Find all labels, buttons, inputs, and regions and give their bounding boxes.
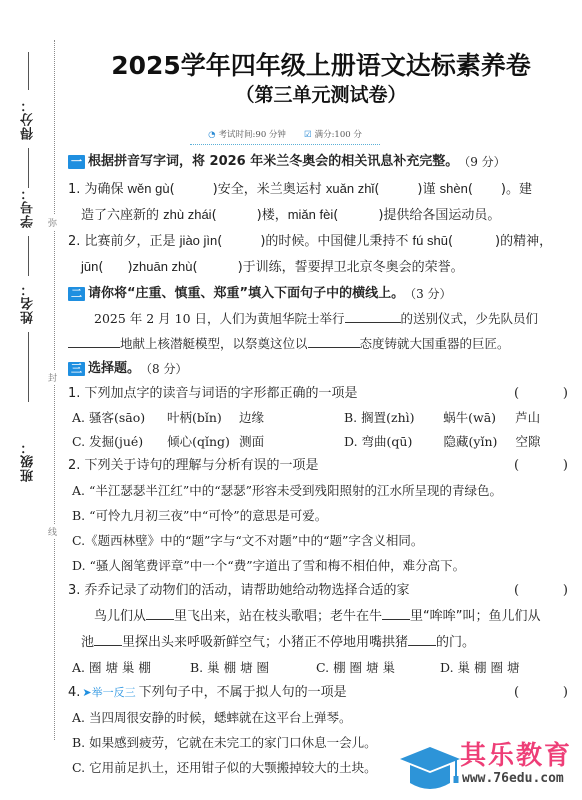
- answer-box[interactable]: (): [514, 580, 574, 602]
- paren: ): [563, 383, 568, 405]
- section-score: （8 分）: [140, 358, 187, 380]
- student-id-field: 学号：: [18, 186, 38, 276]
- text: 的门。: [436, 635, 475, 650]
- section-heading-2: 二 请你将“庄重、慎重、郑重”填入下面句子中的横线上。 （3 分）: [68, 283, 574, 305]
- graduation-cap-icon: [398, 743, 462, 793]
- paren: (: [170, 182, 175, 197]
- option-a[interactable]: A. “半江瑟瑟半江红”中的“瑟瑟”形容未受到残阳照射的江水所呈现的青绿色。: [68, 480, 574, 502]
- student-id-label: 学号：: [19, 186, 38, 228]
- pinyin: jiào jìn: [180, 233, 218, 248]
- text: )。建: [501, 182, 532, 197]
- text: 2025 年 2 月 10 日，人们为黄旭华院士举行: [94, 311, 345, 326]
- answer-box[interactable]: (): [514, 682, 574, 704]
- seal-line: [54, 40, 55, 740]
- paren: (: [514, 682, 519, 704]
- page-subtitle: （第三单元测试卷）: [60, 80, 582, 107]
- exam-info: ◔考试时间:90 分钟 ☑满分:100 分: [190, 128, 380, 145]
- text: )的精神，: [495, 234, 552, 249]
- extension-tag: ➤举一反三: [82, 686, 135, 699]
- section-score: （3 分）: [404, 283, 451, 305]
- name-field: 姓名：: [18, 282, 38, 402]
- text: 鸟儿们从: [94, 609, 146, 624]
- watermark-url: www.76edu.com: [462, 771, 564, 786]
- question-stem: 2. 下列关于诗句的理解与分析有误的一项是: [68, 455, 319, 477]
- section-heading-1: 一 根据拼音写字词，将 2026 年米兰冬奥会的相关讯息补充完整。 （9 分）: [68, 151, 574, 173]
- text: 里飞出来，站在枝头歌唱；老牛在牛: [174, 609, 382, 624]
- option-row: C. 发掘(jué)倾心(qǐng)测面 D. 弯曲(qū)隐藏(yǐn)空隙: [68, 431, 574, 453]
- text: )楼，: [257, 208, 288, 223]
- option-word: 叶柄(bǐn): [167, 407, 239, 429]
- text: 2. 比赛前夕，正是: [68, 234, 180, 249]
- pinyin: miǎn fèi: [288, 207, 334, 222]
- section-title: 请你将“庄重、慎重、郑重”填入下面句子中的横线上。: [88, 283, 404, 305]
- section-badge: 一: [68, 155, 85, 169]
- watermark-brand: 其乐教育: [460, 735, 572, 772]
- paren: (: [212, 208, 217, 223]
- paren: (: [514, 455, 519, 477]
- name-label: 姓名：: [19, 282, 38, 324]
- fill-blank[interactable]: [68, 333, 120, 348]
- pinyin: shèn: [440, 181, 468, 196]
- option-word: 蜗牛(wā): [443, 407, 515, 429]
- question-1-2: 2. 比赛前夕，正是 jiào jìn()的时候。中国健儿秉持不 fú shū(…: [68, 230, 574, 253]
- option-b[interactable]: B. 巢 棚 塘 圈: [190, 657, 316, 679]
- score-field: 得分：: [18, 52, 38, 188]
- paren: (: [193, 260, 198, 275]
- option-word: 倾心(qǐng): [167, 431, 239, 453]
- option-word: 空隙: [516, 434, 541, 449]
- option-key: B.: [344, 410, 357, 425]
- section-badge: 二: [68, 287, 85, 301]
- field-line: [28, 52, 29, 90]
- option-word: 搁置(zhì): [361, 407, 443, 429]
- paren: ): [563, 682, 568, 704]
- fill-paragraph-line-1: 2025 年 2 月 10 日，人们为黄旭华院士举行的送别仪式，少先队员们: [68, 308, 574, 330]
- field-line: [28, 332, 29, 402]
- question-number: 4.: [68, 685, 80, 700]
- binding-margin: 得分： 学号： 姓名： 班级： 弥 封 线: [0, 40, 60, 760]
- text: 池: [81, 635, 94, 650]
- pinyin: zhuān zhù: [133, 259, 193, 274]
- fill-paragraph-line-2: 地献上核潜艇模型，以祭奠这位以态度铸就大国重器的巨匠。: [68, 333, 574, 355]
- text: 造了六座新的: [81, 208, 163, 223]
- option-key: D.: [344, 434, 358, 449]
- question-stem: 下列句子中，不属于拟人句的一项是: [139, 685, 347, 700]
- page-title: 2025学年四年级上册语文达标素养卷: [60, 46, 582, 82]
- class-field: 班级：: [18, 440, 38, 482]
- option-d[interactable]: D. “骚人阁笔费评章”中一个“费”字道出了雪和梅不相伯仲，难分高下。: [68, 555, 574, 577]
- option-word: 发掘(jué): [89, 431, 167, 453]
- option-key: C.: [72, 434, 85, 449]
- section-badge: 三: [68, 362, 85, 376]
- option-c[interactable]: C. 发掘(jué)倾心(qǐng)测面: [72, 431, 344, 453]
- option-word: 隐藏(yǐn): [444, 431, 516, 453]
- pinyin: fú shū: [413, 233, 448, 248]
- section-title: 选择题。: [88, 358, 140, 380]
- fill-blank[interactable]: [146, 605, 174, 620]
- text: )提供给各国运动员。: [378, 208, 500, 223]
- full-score-text: 满分:100 分: [315, 130, 362, 140]
- option-word: 芦山: [515, 410, 540, 425]
- pinyin: zhù zhái: [163, 207, 211, 222]
- paren: (: [448, 234, 453, 249]
- check-icon: ☑: [304, 130, 312, 140]
- passage-line-2: 池里探出头来呼吸新鲜空气；小猪正不停地用嘴拱猪的门。: [68, 631, 574, 654]
- mc-question-2: 2. 下列关于诗句的理解与分析有误的一项是 (): [68, 455, 574, 477]
- text: 里“哞哞”叫；鱼儿们从: [410, 609, 540, 624]
- cut-mark: 封: [48, 370, 57, 385]
- fill-blank[interactable]: [94, 631, 122, 646]
- fill-blank[interactable]: [382, 605, 410, 620]
- field-line: [28, 148, 29, 188]
- paren: (: [333, 208, 338, 223]
- text: 地献上核潜艇模型，以祭奠这位以: [120, 336, 308, 351]
- fill-blank[interactable]: [345, 308, 401, 323]
- option-a[interactable]: A. 骚客(sāo)叶柄(bǐn)边缘: [72, 407, 344, 429]
- fill-blank[interactable]: [308, 333, 360, 348]
- text: 1. 为确保: [68, 182, 128, 197]
- paren: (: [217, 234, 222, 249]
- full-score: ☑满分:100 分: [304, 128, 362, 140]
- cut-mark: 弥: [48, 215, 57, 230]
- question-stem: 1. 下列加点字的读音与词语的字形都正确的一项是: [68, 383, 358, 405]
- exam-content: 一 根据拼音写字词，将 2026 年米兰冬奥会的相关讯息补充完整。 （9 分） …: [68, 151, 574, 779]
- text: )谨: [417, 182, 439, 197]
- answer-box[interactable]: (): [514, 455, 574, 477]
- option-word: 骚客(sāo): [89, 407, 167, 429]
- question-1-2-cont: jūn()zhuān zhù()于训练，誓要捍卫北京冬奥会的荣誉。: [68, 256, 574, 279]
- pinyin: xuǎn zhǐ: [326, 181, 374, 196]
- option-word: 测面: [239, 434, 264, 449]
- exam-time: ◔考试时间:90 分钟: [208, 128, 286, 140]
- option-word: 边缘: [239, 410, 264, 425]
- cut-mark: 线: [48, 524, 57, 539]
- paren: (: [514, 383, 519, 405]
- option-row: A. 圈 塘 巢 棚 B. 巢 棚 塘 圈 C. 棚 圈 塘 巢 D. 巢 棚 …: [68, 657, 574, 679]
- exam-page: 得分： 学号： 姓名： 班级： 弥 封 线 2025学年四年级上册语文达标素养卷…: [0, 0, 582, 800]
- paren: ): [563, 580, 568, 602]
- option-a[interactable]: A. 当四周很安静的时候，蟋蟀就在这平台上弹琴。: [68, 707, 574, 729]
- answer-box[interactable]: (): [514, 383, 574, 405]
- text: 态度铸就大国重器的巨匠。: [360, 336, 510, 351]
- option-d[interactable]: D. 弯曲(qū)隐藏(yǐn)空隙: [344, 431, 541, 453]
- option-b[interactable]: B. “可怜九月初三夜”中“可怜”的意思是可爱。: [68, 505, 574, 527]
- option-a[interactable]: A. 圈 塘 巢 棚: [72, 657, 190, 679]
- paren: (: [374, 182, 379, 197]
- section-score: （9 分）: [458, 151, 505, 173]
- option-b[interactable]: B. 搁置(zhì)蜗牛(wā)芦山: [344, 407, 540, 429]
- section-title: 根据拼音写字词，将 2026 年米兰冬奥会的相关讯息补充完整。: [88, 151, 458, 173]
- section-heading-3: 三 选择题。 （8 分）: [68, 358, 574, 380]
- option-d[interactable]: D. 巢 棚 圈 塘: [440, 657, 519, 679]
- option-word: 弯曲(qū): [362, 431, 444, 453]
- exam-time-text: 考试时间:90 分钟: [219, 130, 286, 140]
- option-row: A. 骚客(sāo)叶柄(bǐn)边缘 B. 搁置(zhì)蜗牛(wā)芦山: [68, 407, 574, 429]
- mc-question-3: 3. 乔乔记录了动物们的活动，请帮助她给动物选择合适的家 (): [68, 580, 574, 602]
- pinyin: jūn: [81, 259, 98, 274]
- option-c[interactable]: C. 棚 圈 塘 巢: [316, 657, 440, 679]
- mc-question-4: 4.➤举一反三下列句子中，不属于拟人句的一项是 (): [68, 682, 574, 704]
- option-key: A.: [72, 410, 85, 425]
- text: 的送别仪式，少先队员们: [401, 311, 539, 326]
- question-1-1: 1. 为确保 wěn gù()安全，米兰奥运村 xuǎn zhǐ()谨 shèn…: [68, 178, 574, 201]
- text: )于训练，誓要捍卫北京冬奥会的荣誉。: [238, 260, 464, 275]
- clock-icon: ◔: [208, 130, 215, 140]
- paren: (: [98, 260, 103, 275]
- paren: ): [563, 455, 568, 477]
- question-1-1-cont: 造了六座新的 zhù zhái()楼，miǎn fèi()提供给各国运动员。: [68, 204, 574, 227]
- passage-line-1: 鸟儿们从里飞出来，站在枝头歌唱；老牛在牛里“哞哞”叫；鱼儿们从: [68, 605, 574, 628]
- question-stem: 3. 乔乔记录了动物们的活动，请帮助她给动物选择合适的家: [68, 580, 410, 602]
- watermark-logo: 其乐教育 www.76edu.com: [398, 735, 578, 793]
- text: )的时候。中国健儿秉持不: [260, 234, 412, 249]
- field-line: [28, 236, 29, 276]
- paren: (: [468, 182, 473, 197]
- fill-blank[interactable]: [408, 631, 436, 646]
- pinyin: wěn gù: [128, 181, 170, 196]
- class-label: 班级：: [19, 440, 38, 482]
- score-label: 得分：: [19, 98, 38, 140]
- text: 里探出头来呼吸新鲜空气；小猪正不停地用嘴拱猪: [122, 635, 408, 650]
- option-c[interactable]: C.《题西林壁》中的“题”字与“文不对题”中的“题”字含义相同。: [68, 530, 574, 552]
- paren: (: [514, 580, 519, 602]
- text: )安全，米兰奥运村: [213, 182, 326, 197]
- mc-question-1: 1. 下列加点字的读音与词语的字形都正确的一项是 (): [68, 383, 574, 405]
